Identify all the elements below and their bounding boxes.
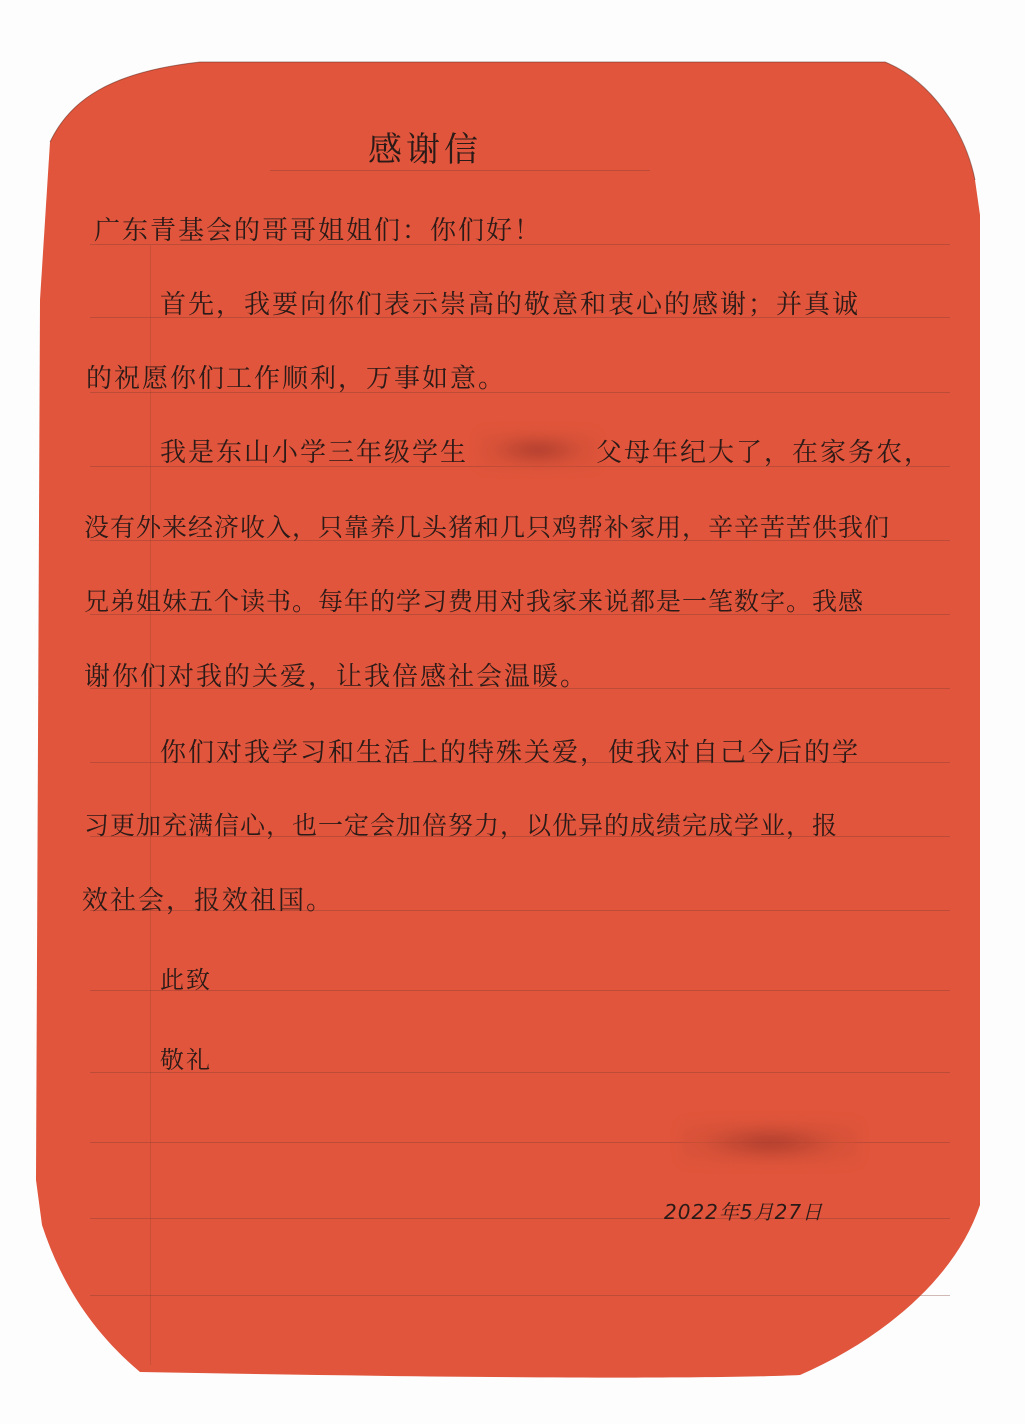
paragraph-2-line-1b: 父母年纪大了，在家务农， [596, 432, 932, 469]
letter-title: 感谢信 [368, 122, 482, 171]
paragraph-3-line-1: 你们对我学习和生活上的特殊关爱，使我对自己今后的学 [160, 732, 860, 769]
paragraph-2-line-2: 没有外来经济收入，只靠养几头猪和几只鸡帮补家用，辛辛苦苦供我们 [84, 508, 890, 544]
paragraph-2-line-4: 谢你们对我的关爱，让我倍感社会温暖。 [84, 656, 588, 693]
margin-line [150, 245, 151, 1365]
paragraph-2-line-1a: 我是东山小学三年级学生 [160, 432, 468, 469]
letter-paper: 感谢信 广东青基会的哥哥姐姐们：你们好！ 首先，我要向你们表示崇高的敬意和衷心的… [0, 0, 1025, 1424]
ruled-line [90, 1295, 950, 1296]
closing-cizhi: 此致 [160, 960, 212, 995]
ruled-line [90, 1072, 950, 1073]
paragraph-3-line-2: 习更加充满信心，也一定会加倍努力，以优异的成绩完成学业，报 [84, 806, 838, 842]
paragraph-2-line-3: 兄弟姐妹五个读书。每年的学习费用对我家来说都是一笔数字。我感 [84, 582, 864, 618]
closing-jingli: 敬礼 [160, 1040, 212, 1075]
paragraph-1-line-1: 首先，我要向你们表示崇高的敬意和衷心的感谢；并真诚 [160, 284, 860, 321]
salutation: 广东青基会的哥哥姐姐们：你们好！ [94, 210, 542, 247]
letter-date: 2022年5月27日 [664, 1196, 823, 1225]
paragraph-1-line-2: 的祝愿你们工作顺利，万事如意。 [86, 358, 506, 395]
redacted-signature [680, 1120, 860, 1165]
paragraph-3-line-3: 效社会，报效祖国。 [82, 880, 334, 917]
ruled-line [90, 990, 950, 991]
redacted-student-name [478, 430, 598, 470]
